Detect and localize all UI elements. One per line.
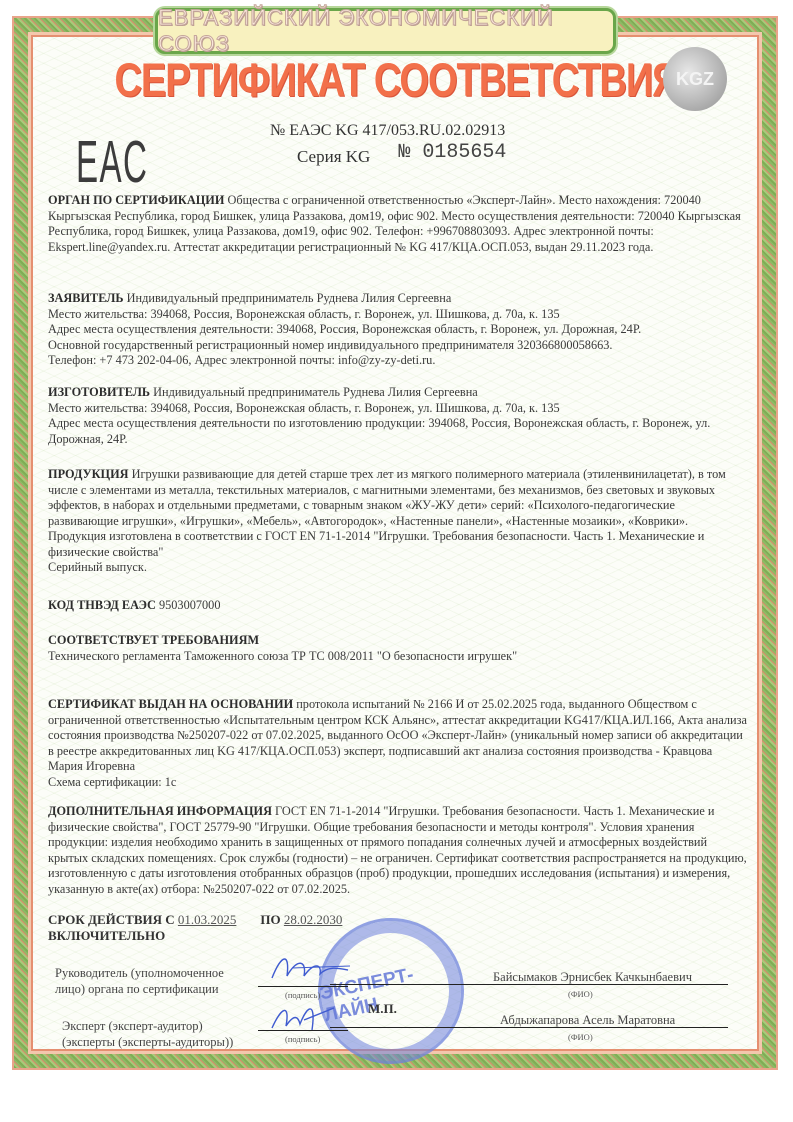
section-applicant: ЗАЯВИТЕЛЬ Индивидуальный предприниматель… bbox=[48, 291, 748, 369]
section-heading: ОРГАН ПО СЕРТИФИКАЦИИ bbox=[48, 193, 224, 207]
series-label: Серия KG bbox=[297, 147, 370, 166]
union-banner: ЕВРАЗИЙСКИЙ ЭКОНОМИЧЕСКИЙ СОЮЗ bbox=[155, 8, 616, 54]
section-code: КОД ТНВЭД ЕАЭС 9503007000 bbox=[48, 598, 748, 614]
head-name-line bbox=[330, 984, 728, 985]
manufacturer-name: Индивидуальный предприниматель Руднева Л… bbox=[153, 385, 478, 399]
validity-date-from: 01.03.2025 bbox=[178, 912, 237, 927]
certification-scheme: Схема сертификации: 1с bbox=[48, 775, 748, 791]
section-heading: СООТВЕТСТВУЕТ ТРЕБОВАНИЯМ bbox=[48, 633, 259, 647]
validity-inclusive: ВКЛЮЧИТЕЛЬНО bbox=[48, 928, 165, 943]
applicant-name: Индивидуальный предприниматель Руднева Л… bbox=[127, 291, 452, 305]
validity-period: СРОК ДЕЙСТВИЯ С 01.03.2025ПО 28.02.2030 … bbox=[48, 912, 342, 944]
certificate-number: № ЕАЭС KG 417/053.RU.02.02913 bbox=[270, 122, 505, 140]
expert-signature-line bbox=[258, 1030, 348, 1031]
expert-label-line-1: Эксперт (эксперт-аудитор) bbox=[62, 1018, 233, 1034]
series-number: № 0185654 bbox=[398, 141, 506, 164]
section-complies: СООТВЕТСТВУЕТ ТРЕБОВАНИЯМ Технического р… bbox=[48, 633, 748, 664]
section-heading: КОД ТНВЭД ЕАЭС bbox=[48, 598, 156, 612]
validity-to-label: ПО bbox=[260, 912, 280, 927]
complies-text: Технического регламента Таможенного союз… bbox=[48, 649, 748, 665]
expert-name-line bbox=[330, 1027, 728, 1028]
section-heading: ИЗГОТОВИТЕЛЬ bbox=[48, 385, 150, 399]
section-heading: ЗАЯВИТЕЛЬ bbox=[48, 291, 124, 305]
head-label-line-2: лицо) органа по сертификации bbox=[55, 981, 224, 997]
seal-label: М.П. bbox=[368, 1001, 397, 1017]
validity-from-label: СРОК ДЕЙСТВИЯ С bbox=[48, 912, 175, 927]
eac-logo-icon: EAC bbox=[76, 126, 148, 196]
product-description: Игрушки развивающие для детей старше тре… bbox=[48, 467, 726, 528]
applicant-activity-address: Адрес места осуществления деятельности: … bbox=[48, 322, 748, 338]
expert-label-line-2: (эксперты (эксперты-аудиторы)) bbox=[62, 1034, 233, 1050]
code-value: 9503007000 bbox=[159, 598, 220, 612]
applicant-contacts: Телефон: +7 473 202-04-06, Адрес электро… bbox=[48, 353, 748, 369]
expert-name: Абдыжапарова Асель Маратовна bbox=[500, 1013, 675, 1028]
expert-signature-caption: (подпись) bbox=[285, 1034, 320, 1044]
section-manufacturer: ИЗГОТОВИТЕЛЬ Индивидуальный предпринимат… bbox=[48, 385, 748, 447]
hologram-text: KGZ bbox=[676, 69, 714, 90]
head-fio-caption: (ФИО) bbox=[568, 989, 593, 999]
head-name: Байсымаков Эрнисбек Качкынбаевич bbox=[493, 970, 692, 985]
section-certification-body: ОРГАН ПО СЕРТИФИКАЦИИ Общества с огранич… bbox=[48, 193, 748, 255]
hologram-seal-icon: KGZ bbox=[663, 47, 727, 111]
manufacturer-production-address: Адрес места осуществления деятельности п… bbox=[48, 416, 748, 447]
applicant-residence: Место жительства: 394068, Россия, Вороне… bbox=[48, 307, 748, 323]
applicant-ogrnip: Основной государственный регистрационный… bbox=[48, 338, 748, 354]
expert-fio-caption: (ФИО) bbox=[568, 1032, 593, 1042]
section-additional-info: ДОПОЛНИТЕЛЬНАЯ ИНФОРМАЦИЯ ГОСТ EN 71-1-2… bbox=[48, 804, 748, 897]
section-heading: ДОПОЛНИТЕЛЬНАЯ ИНФОРМАЦИЯ bbox=[48, 804, 272, 818]
section-heading: ПРОДУКЦИЯ bbox=[48, 467, 129, 481]
head-label-line-1: Руководитель (уполномоченное bbox=[55, 965, 224, 981]
product-standard: Продукция изготовлена в соответствии с Г… bbox=[48, 529, 748, 560]
series-row: Серия KG№ 0185654 bbox=[297, 146, 506, 169]
validity-date-to: 28.02.2030 bbox=[284, 912, 343, 927]
expert-signatory-label: Эксперт (эксперт-аудитор) (эксперты (экс… bbox=[62, 1018, 233, 1050]
section-basis: СЕРТИФИКАТ ВЫДАН НА ОСНОВАНИИ протокола … bbox=[48, 697, 748, 790]
section-heading: СЕРТИФИКАТ ВЫДАН НА ОСНОВАНИИ bbox=[48, 697, 293, 711]
manufacturer-residence: Место жительства: 394068, Россия, Вороне… bbox=[48, 401, 748, 417]
head-signature-icon bbox=[262, 948, 352, 988]
section-product: ПРОДУКЦИЯ Игрушки развивающие для детей … bbox=[48, 467, 748, 576]
union-banner-text: ЕВРАЗИЙСКИЙ ЭКОНОМИЧЕСКИЙ СОЮЗ bbox=[158, 5, 613, 57]
head-signatory-label: Руководитель (уполномоченное лицо) орган… bbox=[55, 965, 224, 997]
product-production-type: Серийный выпуск. bbox=[48, 560, 748, 576]
head-signature-line bbox=[258, 986, 348, 987]
